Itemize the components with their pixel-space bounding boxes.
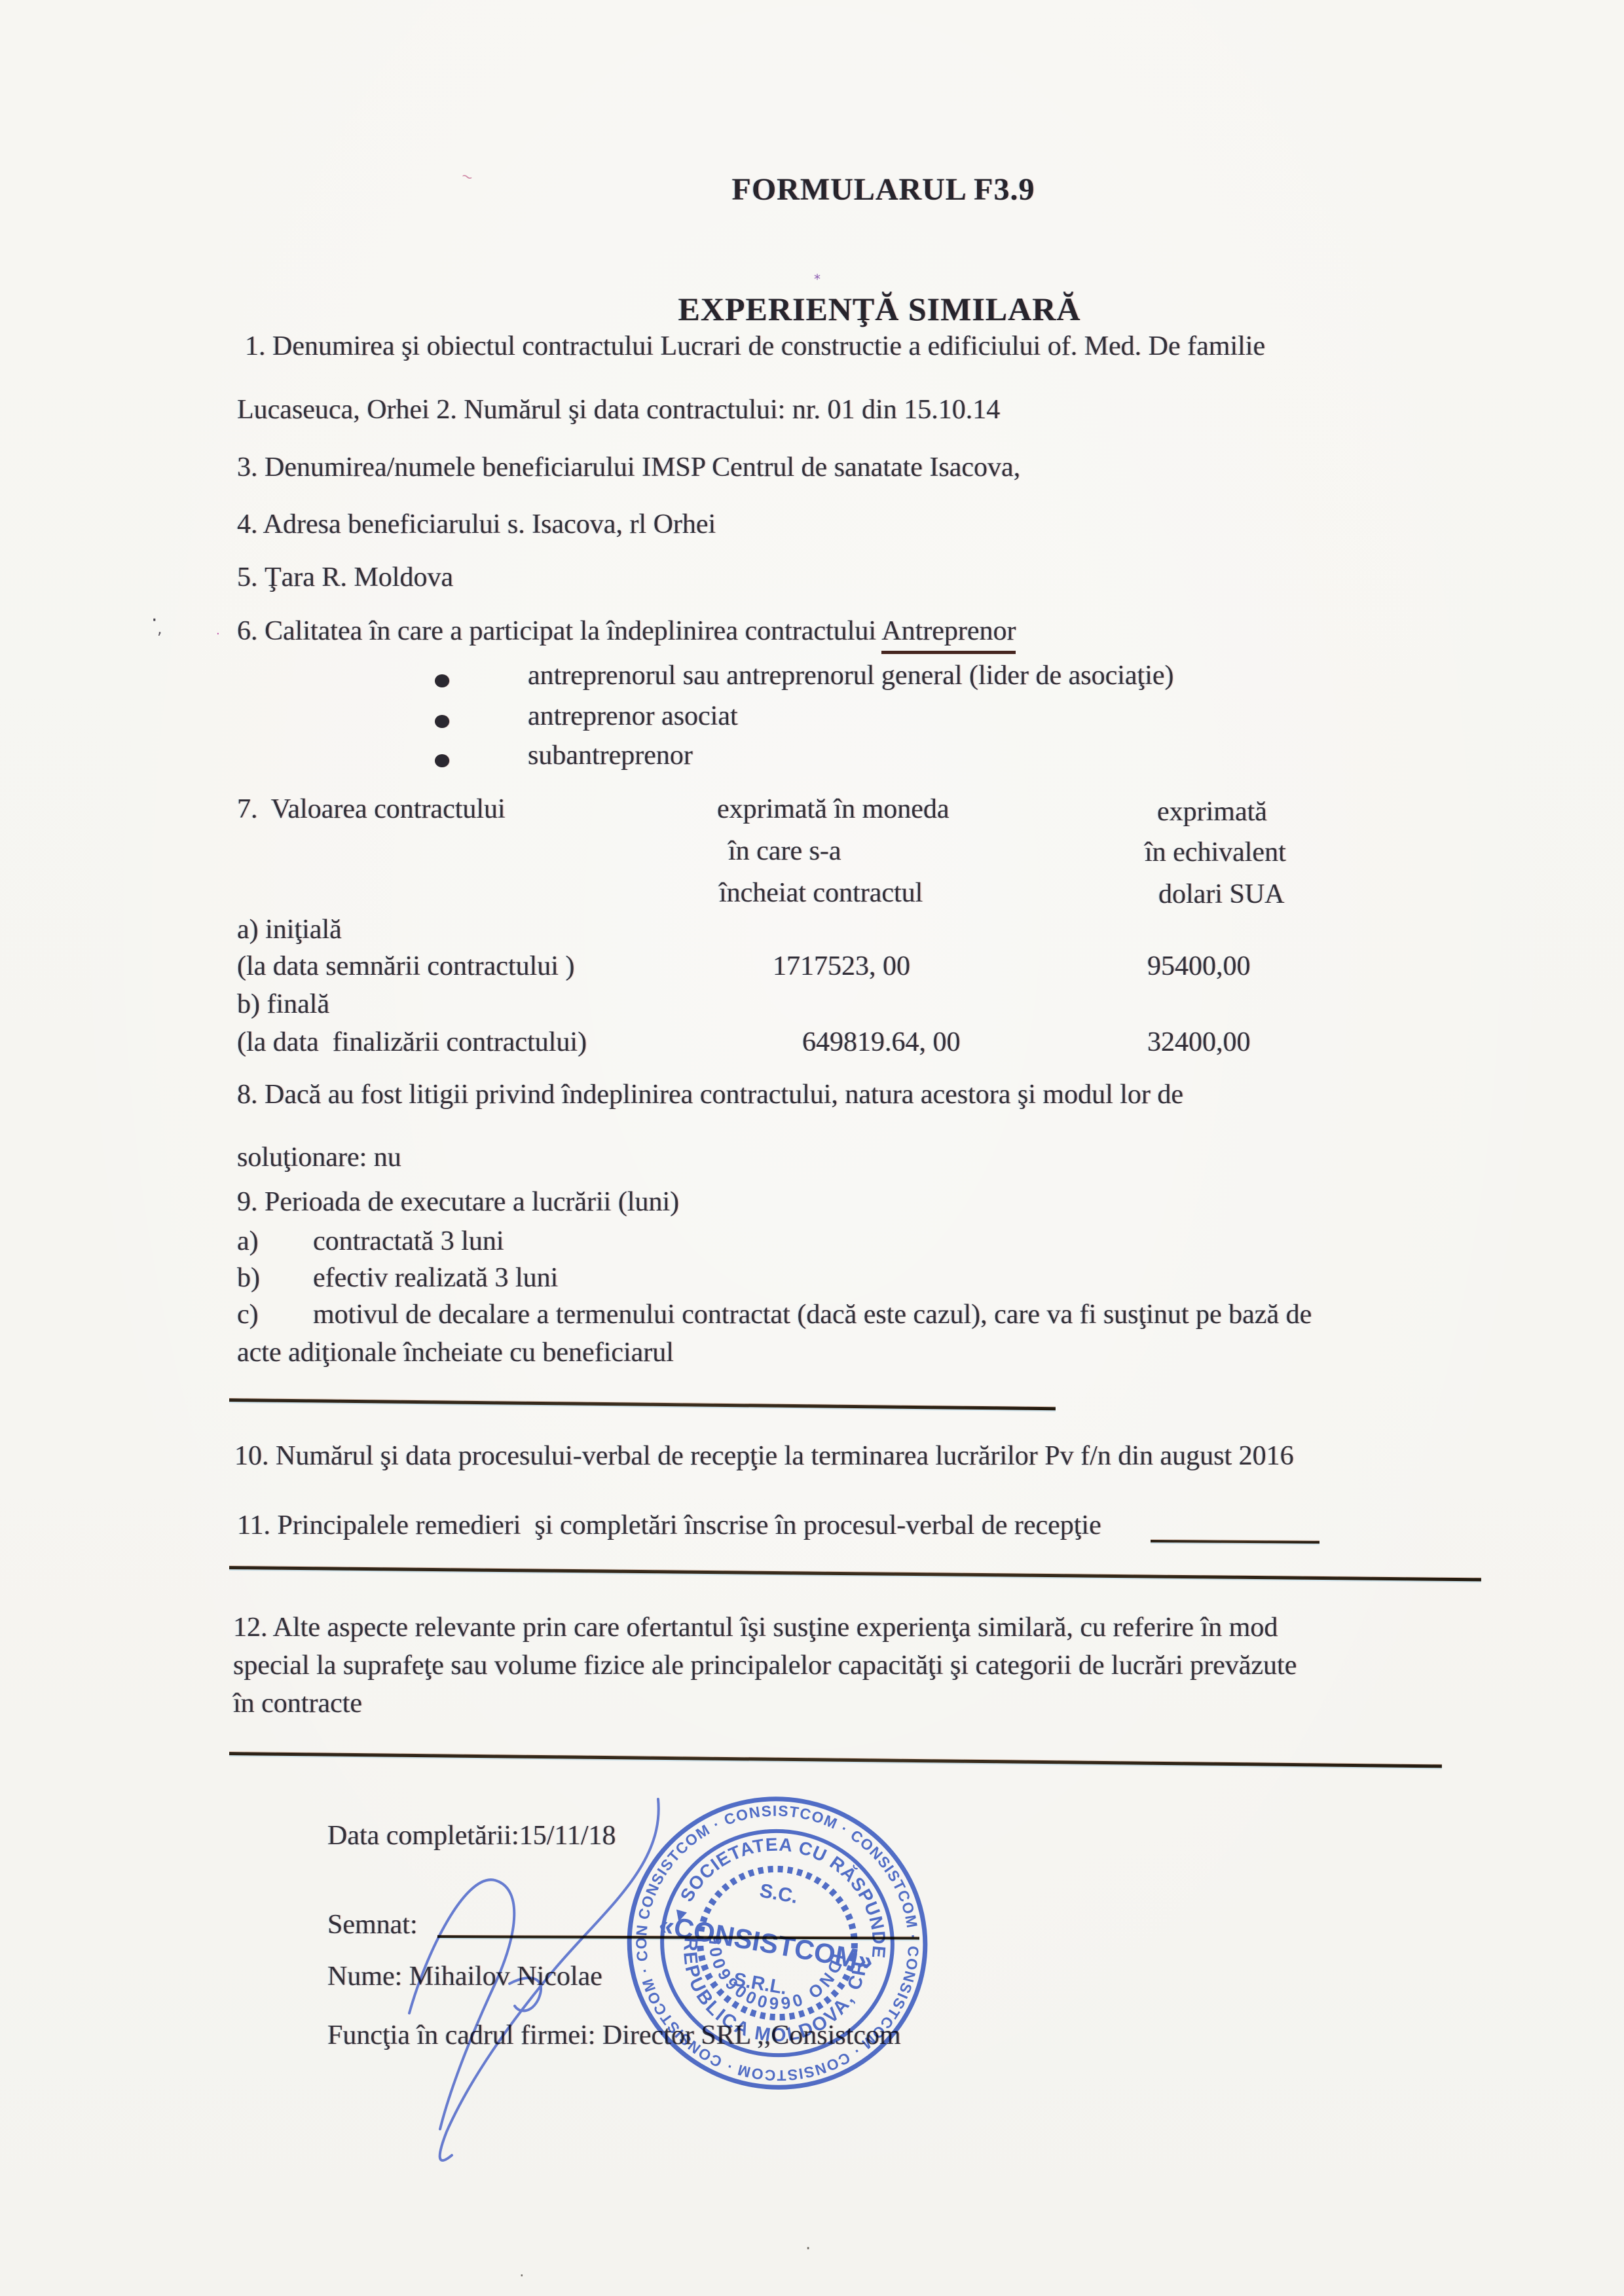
form-title: FORMULARUL F3.9 [732,172,1035,208]
item-9: 9. Perioada de executare a lucrării (lun… [237,1186,679,1218]
scan-speck: · [805,2239,811,2259]
row-b-value-usd: 32400,00 [1147,1027,1251,1058]
col-currency-header-2: în care s-a [728,835,841,867]
item-9c-letter: c) [237,1299,259,1330]
col-usd-header-3: dolari SUA [1158,879,1285,910]
item-3: 3. Denumirea/numele beneficiarului IMSP … [237,452,1020,483]
scan-speck: , [157,619,162,638]
signature-stroke [409,1880,514,2129]
item-12-line-2: special la suprafeţe sau volume fizice a… [233,1650,1297,1681]
item-9c-text: motivul de decalare a termenului contrac… [313,1299,1312,1330]
bullet-dot [435,754,449,767]
row-a-value-usd: 95400,00 [1147,951,1251,982]
item-5: 5. Ţara R. Moldova [237,562,453,593]
col-currency-header-3: încheiat contractul [719,877,923,909]
col-currency-header-1: exprimată în moneda [717,793,950,825]
scanned-document-page: FORMULARUL F3.9 EXPERIENŢĂ SIMILARĂ 1. D… [0,0,1624,2296]
item-7-label: 7. Valoarea contractului [237,793,506,825]
item-12-line-1: 12. Alte aspecte relevante prin care ofe… [233,1612,1278,1643]
item-10: 10. Numărul şi data procesului-verbal de… [234,1440,1294,1472]
bullet-dot [435,715,449,728]
scan-speck: ⁎ [814,267,821,283]
row-a-label-1: a) iniţială [237,914,342,945]
bullet-item: subantreprenor [528,740,693,771]
item-8-line-1: 8. Dacă au fost litigii privind îndeplin… [237,1079,1183,1110]
horizontal-rule [229,1752,1442,1768]
item-9a-letter: a) [237,1226,259,1257]
scan-speck: · [216,627,220,641]
bullet-dot [435,674,449,687]
item-6: 6. Calitatea în care a participat la înd… [237,615,1016,647]
bullet-item: antreprenorul sau antreprenorul general … [528,660,1174,691]
company-round-stamp: CONSISTCOM · CONSISTCOM · CONSISTCOM · C… [616,1784,943,2111]
scan-speck: · [519,2267,525,2285]
form-subtitle: EXPERIENŢĂ SIMILARĂ [678,291,1081,329]
bullet-item: antreprenor asociat [528,701,738,732]
horizontal-rule [229,1398,1056,1410]
stamp-center-sc: S.C. [758,1880,800,1908]
item-6-text: 6. Calitatea în care a participat la înd… [237,616,881,646]
col-usd-header-2: în echivalent [1145,837,1286,868]
item-11-blank-underline [1151,1540,1319,1544]
scan-speck: ~ [458,168,475,187]
item-1-line-2: Lucaseuca, Orhei 2. Numărul şi data cont… [237,394,1000,426]
item-9a-text: contractată 3 luni [313,1226,504,1257]
item-1-line-1: 1. Denumirea şi obiectul contractului Lu… [245,331,1265,362]
item-12-line-3: în contracte [233,1688,362,1719]
row-b-label-1: b) finală [237,989,329,1020]
item-4: 4. Adresa beneficiarului s. Isacova, rl … [237,509,716,540]
horizontal-rule [229,1566,1481,1581]
row-b-label-2: (la data finalizării contractului) [237,1027,587,1058]
item-9b-letter: b) [237,1262,260,1294]
item-8-line-2: soluţionare: nu [237,1142,401,1173]
item-9b-text: efectiv realizată 3 luni [313,1262,558,1294]
col-usd-header-1: exprimată [1157,796,1267,828]
item-11: 11. Principalele remedieri şi completări… [237,1510,1101,1541]
row-a-label-2: (la data semnării contractului ) [237,951,574,982]
item-6-role-underlined: Antreprenor [881,616,1016,654]
row-b-value-currency: 649819.64, 00 [802,1027,961,1058]
item-9c-text-2: acte adiţionale încheiate cu beneficiaru… [237,1337,674,1368]
row-a-value-currency: 1717523, 00 [773,951,910,982]
